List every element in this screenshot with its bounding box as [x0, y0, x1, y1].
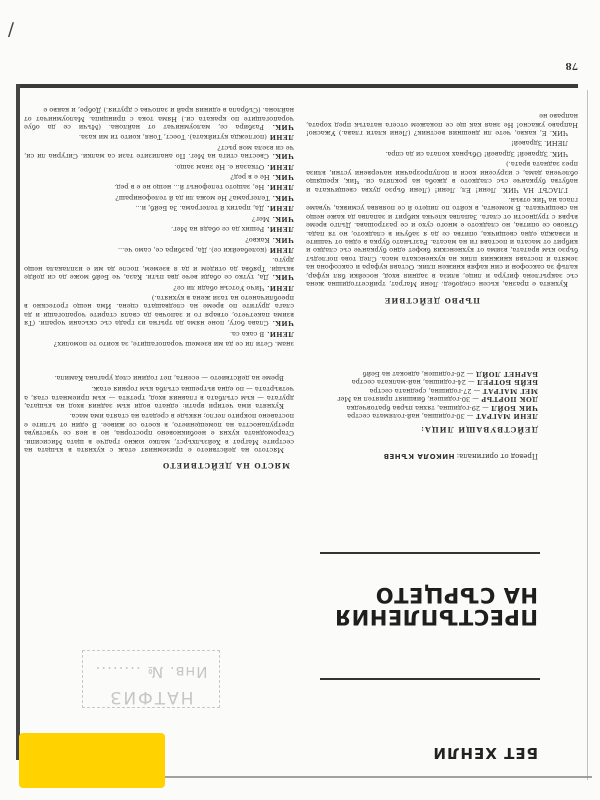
title-rule-top — [320, 678, 540, 680]
dialogue-column: знам. Сети ли се да ми вземеш чорапогащи… — [24, 104, 294, 348]
play-title: ПРЕСТЪПЛЕНИЯ НА СЪРЦЕТО — [335, 584, 538, 628]
handwritten-mark: / — [8, 19, 14, 40]
dialogue-text: Да, тутко се обади вече два пъти. Каза, … — [24, 256, 294, 281]
speaker-name: ЧИК. — [264, 123, 294, 131]
dialogue-line: ЛЕНИ. Да, пратих й телеграма. За Бейб, и… — [24, 204, 294, 212]
dialogue-text: Не, защото телефонът й... нещо не е в ре… — [114, 184, 264, 192]
dialogue-line: ЧИК. Слава богу, поне няма да тръгна из … — [24, 294, 294, 328]
dialogue-text: Телеграма? Не можа ли да й телефонираш? — [115, 194, 269, 202]
speaker-name: ЧИК. — [269, 319, 294, 327]
setting-text: Мястото на действието е приземният етаж … — [24, 383, 294, 454]
translator-name: НИКОЛА КЪНЕВ — [383, 452, 454, 460]
cast-member: ЧИК БОЙЛ — 29-годишна, тяхна първа брато… — [306, 403, 538, 411]
speaker-name: ЧИК. — [270, 173, 294, 181]
speaker-name: ЛЕНИ — [267, 246, 294, 254]
speaker-name: ЛЕНИ. — [264, 225, 294, 233]
dialogue-text: Чичо Уотсън обади ли се? — [173, 284, 264, 292]
speaker-name: ЛЕНИ. — [264, 330, 294, 338]
cast-member: БЕЙБ БОТРЕЛ — 24-годишна, най-малката се… — [306, 378, 538, 386]
dialogue-text: Слава богу, поне няма да тръгна из града… — [24, 294, 294, 327]
speaker-name: ЧИК. — [269, 273, 294, 281]
dialogue-line: ЧИК. Какво? — [24, 235, 294, 243]
dialogue-text: Реших да се обадя на Мег. — [171, 225, 264, 233]
dialogue-text: знам. Сети ли се да ми вземеш чорапогащи… — [54, 340, 294, 348]
cast-member: ДОК ПОРТЪР — 30-годишен, бившият приятел… — [306, 395, 538, 403]
dialogue-text: Да, пратих й телеграма. За Бейб, и... — [135, 204, 264, 212]
page-number: 78 — [565, 60, 578, 70]
stamp-inventory: Инв. № ........ — [83, 663, 219, 681]
speaker-name: ЛЕНИ. — [264, 163, 294, 171]
time-of-action: Време на действието — есента, пет години… — [24, 374, 294, 382]
speaker-name: ЛЕНИ. — [264, 204, 294, 212]
dialogue-line: ЧИК. Здравей! Здравей! Обърнах колата си… — [306, 150, 578, 158]
dialogue-text: В сака са. — [230, 330, 264, 338]
speaker-name: ЛЕНИ. — [264, 184, 294, 192]
stage-direction: ГЛАСЪТ НА ЧИК. Лени! Ел, Лени! (Лени бър… — [306, 160, 578, 194]
title-line-1: ПРЕСТЪПЛЕНИЯ — [335, 606, 538, 628]
dialogue-line: ЧИК. Свестна стига на Мег. По анализите … — [24, 143, 294, 160]
dialogue-line: знам. Сети ли се да ми вземеш чорапогащи… — [24, 340, 294, 348]
speaker-name: ЧИК. — [270, 194, 294, 202]
dialogue-line: ЛЕНИ. Чичо Уотсън обади ли се? — [24, 283, 294, 291]
dialogue-line: ЧИК. Мег? — [24, 214, 294, 222]
dialogue-text: Мег? — [252, 215, 270, 223]
speaker-name: ЧИК. — [270, 236, 294, 244]
dialogue-text: Не е в ред? — [230, 173, 269, 181]
dialogue-text: (колебаейки се). Да, разбира се, само че… — [118, 246, 267, 254]
dialogue-line: ЧИК. Не е в ред? — [24, 173, 294, 181]
page-edge-right — [16, 84, 20, 760]
speaker-name: ЧИК. — [269, 152, 294, 160]
scanned-page: НАТФИЗ Инв. № ........ БЕТ ХЕНЛИ ПРЕСТЪП… — [0, 0, 600, 800]
cast-member: БАРНЕТ ЛОЙД — 26-годишен, адвокат на Бей… — [306, 370, 538, 378]
dialogue-line: ЧИК. Телеграма? Не можа ли да й телефони… — [24, 194, 294, 202]
dialogue-line: ЛЕНИ (колебаейки се). Да, разбира се, са… — [24, 246, 294, 254]
dialogue-line: ЛЕНИ (поглежда кутийката). Тоест, Тоня, … — [24, 133, 294, 141]
dialogue-text: Разбира се, малоумничат от найлона. (Мъч… — [24, 106, 294, 131]
act-one-text: Кухнята е празна, късен следобед. Лени М… — [306, 110, 578, 288]
act-one-heading: ПЪРВО ДЕЙСТВИЕ — [384, 296, 480, 305]
dialogue-line: ЧИК. Е, какво, чете ли днешния вестник? … — [306, 112, 578, 137]
title-rule-bottom — [320, 552, 540, 554]
dialogue-line: ЛЕНИ. Отказан е. Не знам защо. — [24, 162, 294, 170]
dialogue-text: Какво? — [245, 236, 269, 244]
stamp-organization: НАТФИЗ — [83, 687, 219, 707]
dialogue-text: (поглежда кутийката). Тоест, Тоня, които… — [79, 133, 267, 141]
translator-label: Превод от оригинала: — [457, 452, 538, 460]
dialogue-line: ЧИК. Разбира се, малоумничат от найлона.… — [24, 106, 294, 131]
yellow-sticker — [19, 733, 165, 788]
stage-direction: Кухнята е празна, късен следобед. Лени М… — [306, 196, 578, 288]
cast-heading: ДЕЙСТВУВАЩИ ЛИЦА: — [420, 425, 538, 434]
dialogue-line: ЛЕНИ. Реших да се обадя на Мег. — [24, 225, 294, 233]
translator-credit: Превод от оригинала: НИКОЛА КЪНЕВ — [383, 452, 538, 460]
author-name: БЕТ ХЕНЛИ — [432, 744, 538, 762]
dialogue-line: ЧИК. Да, тутко се обади вече два пъти. К… — [24, 256, 294, 281]
cast-member: МЕГ МАГРАТ — 27-годишна, средната сестра — [306, 386, 538, 394]
speaker-name: ЛЕНИ — [267, 133, 294, 141]
dialogue-line: ЛЕНИ. Здравей! — [306, 139, 578, 147]
cast-member: ЛЕНИ МАГРАТ — 30-годишна, най-голямата с… — [306, 412, 538, 420]
dialogue-text: Отказан е. Не знам защо. — [174, 163, 264, 171]
library-stamp: НАТФИЗ Инв. № ........ — [82, 650, 220, 708]
speaker-name: ЧИК. — [270, 215, 294, 223]
cast-list: ЛЕНИ МАГРАТ — 30-годишна, най-голямата с… — [306, 370, 538, 420]
dialogue-line: ЛЕНИ. Не, защото телефонът й... нещо не … — [24, 183, 294, 191]
speaker-name: ЛЕНИ. — [264, 284, 294, 292]
page-edge-bottom — [18, 84, 578, 88]
page-edge-left — [587, 90, 588, 780]
dialogue-text: Свестна стига на Мег. По анализите тази … — [24, 144, 294, 160]
setting-paragraph: Мястото на действието е приземният етаж … — [24, 412, 294, 454]
setting-heading: МЯСТО НА ДЕЙСТВИЕТО — [162, 461, 290, 470]
setting-paragraph: Кухнята има четири врати: едната води къ… — [24, 385, 294, 410]
title-line-2: НА СЪРЦЕТО — [335, 584, 538, 606]
dialogue-line: ЛЕНИ. В сака са. — [24, 329, 294, 337]
